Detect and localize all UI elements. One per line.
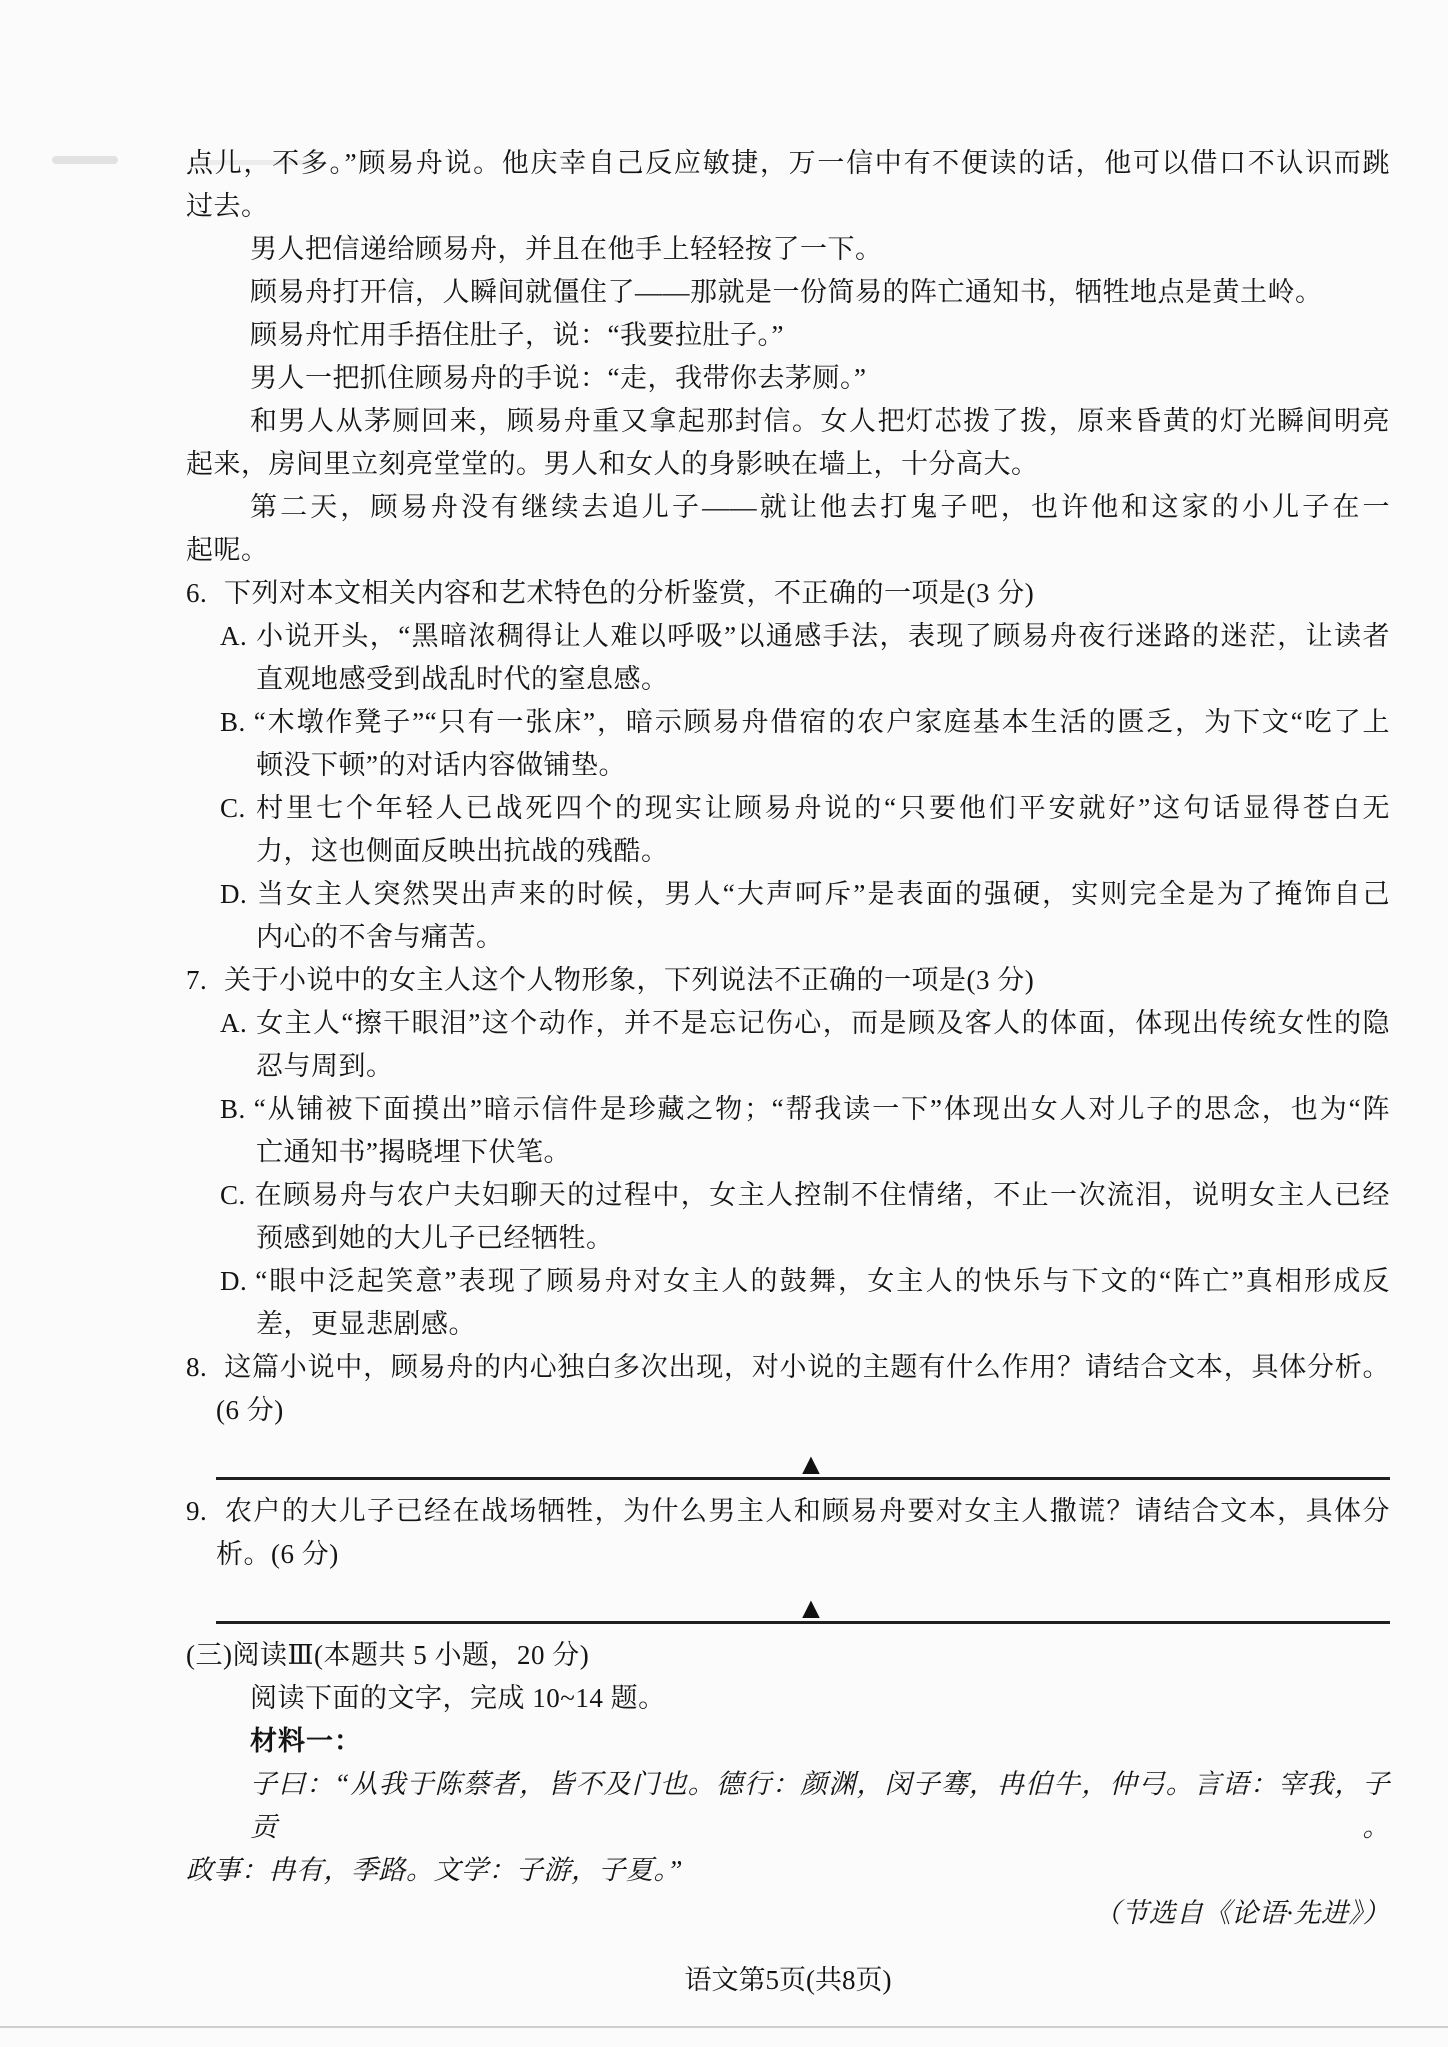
option-line: 力，这也侧面反映出抗战的残酷。	[256, 830, 1390, 873]
option-line: C.村里七个年轻人已战死四个的现实让顾易舟说的“只要他们平安就好”这句话显得苍白…	[220, 787, 1390, 830]
question-stem: 8.这篇小说中，顾易舟的内心独白多次出现，对小说的主题有什么作用？请结合文本，具…	[186, 1346, 1390, 1389]
section-heading: (三)阅读Ⅲ(本题共 5 小题，20 分)	[186, 1634, 1390, 1677]
option-text: “从铺被下面摸出”暗示信件是珍藏之物；“帮我读一下”体现出女人对儿子的思念，也为…	[254, 1094, 1390, 1124]
option-a: A.小说开头，“黑暗浓稠得让人难以呼吸”以通感手法，表现了顾易舟夜行迷路的迷茫，…	[220, 615, 1390, 658]
question-stem: 9.农户的大儿子已经在战场牺牲，为什么男主人和顾易舟要对女主人撒谎？请结合文本，…	[186, 1490, 1390, 1533]
question-7: 7.关于小说中的女主人这个人物形象，下列说法不正确的一项是(3 分) A.女主人…	[186, 959, 1390, 1346]
question-line: (6 分)	[216, 1389, 1390, 1432]
option-line: D.当女主人突然哭出声来的时候，男人“大声呵斥”是表面的强硬，实则完全是为了掩饰…	[220, 873, 1390, 916]
option-line: 差，更显悲剧感。	[256, 1303, 1390, 1346]
option-text: 在顾易舟与农户夫妇聊天的过程中，女主人控制不住情绪，不止一次流泪，说明女主人已经	[254, 1180, 1390, 1210]
option-text: 村里七个年轻人已战死四个的现实让顾易舟说的“只要他们平安就好”这句话显得苍白无	[254, 793, 1390, 823]
narrative-line: 点儿，不多。”顾易舟说。他庆幸自己反应敏捷，万一信中有不便读的话，他可以借口不认…	[186, 142, 1390, 185]
narrative-line: 和男人从茅厕回来，顾易舟重又拿起那封信。女人把灯芯拨了拨，原来昏黄的灯光瞬间明亮	[250, 400, 1390, 443]
question-number: 7.	[186, 959, 224, 1002]
narrative-line: 起呢。	[186, 529, 1390, 572]
option-label: C.	[220, 793, 246, 823]
passage-line: 子曰：“从我于陈蔡者，皆不及门也。德行：颜渊，闵子骞，冉伯牛，仲弓。言语：宰我，…	[250, 1763, 1390, 1849]
passage-line: 政事：冉有，季路。文学：子游，子夏。”	[186, 1849, 1390, 1892]
option-label: A.	[220, 621, 247, 651]
exam-page: 点儿，不多。”顾易舟说。他庆幸自己反应敏捷，万一信中有不便读的话，他可以借口不认…	[0, 0, 1448, 2047]
option-text: “眼中泛起笑意”表现了顾易舟对女主人的鼓舞，女主人的快乐与下文的“阵亡”真相形成…	[255, 1266, 1390, 1296]
option-line: C.在顾易舟与农户夫妇聊天的过程中，女主人控制不住情绪，不止一次流泪，说明女主人…	[220, 1174, 1390, 1217]
option-label: A.	[220, 1008, 247, 1038]
narrative-line: 男人一把抓住顾易舟的手说：“走，我带你去茅厕。”	[250, 357, 1390, 400]
question-number: 6.	[186, 572, 224, 615]
question-number: 8.	[186, 1346, 224, 1389]
option-line: D.“眼中泛起笑意”表现了顾易舟对女主人的鼓舞，女主人的快乐与下文的“阵亡”真相…	[220, 1260, 1390, 1303]
option-label: C.	[220, 1180, 246, 1210]
question-text: 这篇小说中，顾易舟的内心独白多次出现，对小说的主题有什么作用？请结合文本，具体分…	[224, 1352, 1390, 1382]
text-column: 点儿，不多。”顾易舟说。他庆幸自己反应敏捷，万一信中有不便读的话，他可以借口不认…	[186, 142, 1390, 2002]
option-line: A.小说开头，“黑暗浓稠得让人难以呼吸”以通感手法，表现了顾易舟夜行迷路的迷茫，…	[220, 615, 1390, 658]
question-text: 农户的大儿子已经在战场牺牲，为什么男主人和顾易舟要对女主人撒谎？请结合文本，具体…	[224, 1496, 1390, 1526]
scan-edge-line	[0, 2026, 1448, 2028]
narrative-passage: 点儿，不多。”顾易舟说。他庆幸自己反应敏捷，万一信中有不便读的话，他可以借口不认…	[186, 142, 1390, 572]
option-line: A.女主人“擦干眼泪”这个动作，并不是忘记伤心，而是顾及客人的体面，体现出传统女…	[220, 1002, 1390, 1045]
option-line: 亡通知书”揭晓埋下伏笔。	[256, 1131, 1390, 1174]
option-line: 顿没下顿”的对话内容做铺垫。	[256, 744, 1390, 787]
question-8: 8.这篇小说中，顾易舟的内心独白多次出现，对小说的主题有什么作用？请结合文本，具…	[186, 1346, 1390, 1432]
question-number: 9.	[186, 1490, 224, 1533]
option-text: 小说开头，“黑暗浓稠得让人难以呼吸”以通感手法，表现了顾易舟夜行迷路的迷茫，让读…	[255, 621, 1390, 651]
option-label: B.	[220, 1094, 246, 1124]
option-d: D.当女主人突然哭出声来的时候，男人“大声呵斥”是表面的强硬，实则完全是为了掩饰…	[220, 873, 1390, 916]
narrative-line: 男人把信递给顾易舟，并且在他手上轻轻按了一下。	[250, 228, 1390, 271]
question-stem: 6.下列对本文相关内容和艺术特色的分析鉴赏，不正确的一项是(3 分)	[186, 572, 1390, 615]
option-text: 当女主人突然哭出声来的时候，男人“大声呵斥”是表面的强硬，实则完全是为了掩饰自己	[255, 879, 1390, 909]
question-9: 9.农户的大儿子已经在战场牺牲，为什么男主人和顾易舟要对女主人撒谎？请结合文本，…	[186, 1490, 1390, 1576]
option-line: B.“从铺被下面摸出”暗示信件是珍藏之物；“帮我读一下”体现出女人对儿子的思念，…	[220, 1088, 1390, 1131]
section-reading-3: (三)阅读Ⅲ(本题共 5 小题，20 分) 阅读下面的文字，完成 10~14 题…	[186, 1634, 1390, 1935]
narrative-line: 顾易舟打开信，人瞬间就僵住了——那就是一份简易的阵亡通知书，牺牲地点是黄土岭。	[250, 271, 1390, 314]
answer-marker-triangle-icon: ▲	[796, 1594, 826, 1624]
option-line: 忍与周到。	[256, 1045, 1390, 1088]
option-line: B.“木墩作凳子”“只有一张床”，暗示顾易舟借宿的农户家庭基本生活的匮乏，为下文…	[220, 701, 1390, 744]
option-text: “木墩作凳子”“只有一张床”，暗示顾易舟借宿的农户家庭基本生活的匮乏，为下文“吃…	[254, 707, 1390, 737]
material-one-label: 材料一：	[250, 1720, 1390, 1763]
option-d: D.“眼中泛起笑意”表现了顾易舟对女主人的鼓舞，女主人的快乐与下文的“阵亡”真相…	[220, 1260, 1390, 1303]
narrative-line: 过去。	[186, 185, 1390, 228]
option-text: 女主人“擦干眼泪”这个动作，并不是忘记伤心，而是顾及客人的体面，体现出传统女性的…	[255, 1008, 1390, 1038]
question-stem-text: 关于小说中的女主人这个人物形象，下列说法不正确的一项是(3 分)	[224, 965, 1034, 995]
option-label: B.	[220, 707, 246, 737]
answer-area-separator: ▲	[216, 1438, 1390, 1480]
question-stem-text: 下列对本文相关内容和艺术特色的分析鉴赏，不正确的一项是(3 分)	[224, 578, 1034, 608]
question-line: 析。(6 分)	[216, 1533, 1390, 1576]
option-label: D.	[220, 1266, 247, 1296]
option-line: 直观地感受到战乱时代的窒息感。	[256, 658, 1390, 701]
option-a: A.女主人“擦干眼泪”这个动作，并不是忘记伤心，而是顾及客人的体面，体现出传统女…	[220, 1002, 1390, 1045]
option-b: B.“从铺被下面摸出”暗示信件是珍藏之物；“帮我读一下”体现出女人对儿子的思念，…	[220, 1088, 1390, 1131]
answer-marker-triangle-icon: ▲	[796, 1450, 826, 1480]
narrative-line: 第二天，顾易舟没有继续去追儿子——就让他去打鬼子吧，也许他和这家的小儿子在一	[250, 486, 1390, 529]
narrative-line: 顾易舟忙用手捂住肚子，说：“我要拉肚子。”	[250, 314, 1390, 357]
option-line: 预感到她的大儿子已经牺牲。	[256, 1217, 1390, 1260]
option-c: C.村里七个年轻人已战死四个的现实让顾易舟说的“只要他们平安就好”这句话显得苍白…	[220, 787, 1390, 830]
passage-citation: （节选自《论语·先进》）	[186, 1892, 1390, 1935]
narrative-line: 起来，房间里立刻亮堂堂的。男人和女人的身影映在墙上，十分高大。	[186, 443, 1390, 486]
option-b: B.“木墩作凳子”“只有一张床”，暗示顾易舟借宿的农户家庭基本生活的匮乏，为下文…	[220, 701, 1390, 744]
page-footer: 语文第5页(共8页)	[186, 1959, 1390, 2002]
option-c: C.在顾易舟与农户夫妇聊天的过程中，女主人控制不住情绪，不止一次流泪，说明女主人…	[220, 1174, 1390, 1217]
section-instruction: 阅读下面的文字，完成 10~14 题。	[250, 1677, 1390, 1720]
option-line: 内心的不舍与痛苦。	[256, 916, 1390, 959]
question-stem: 7.关于小说中的女主人这个人物形象，下列说法不正确的一项是(3 分)	[186, 959, 1390, 1002]
answer-area-separator: ▲	[216, 1582, 1390, 1624]
option-label: D.	[220, 879, 247, 909]
question-6: 6.下列对本文相关内容和艺术特色的分析鉴赏，不正确的一项是(3 分) A.小说开…	[186, 572, 1390, 959]
